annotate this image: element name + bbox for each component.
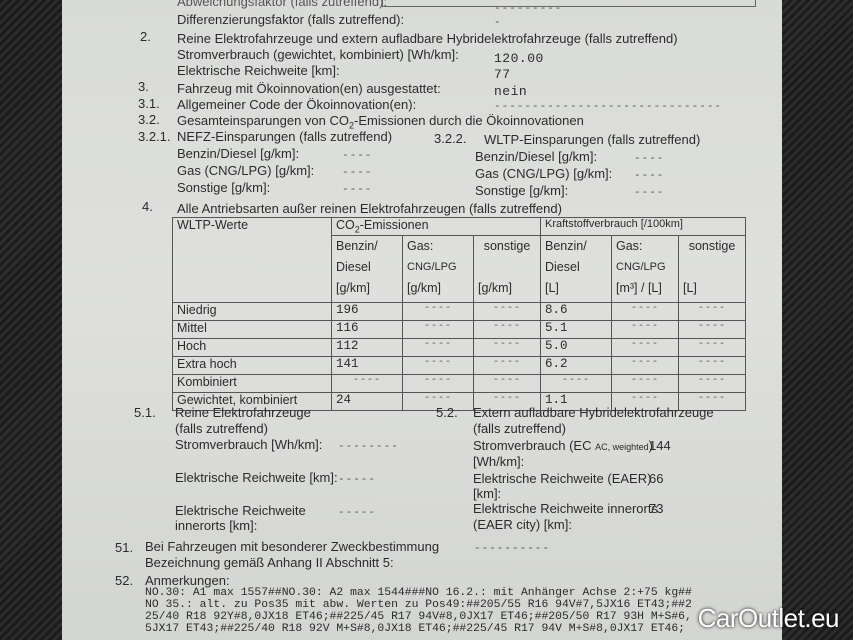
table-row: Mittel116--------5.1-------- [173,321,746,339]
sec52-strom-value: 144 [649,438,671,453]
sec51b-label: Bei Fahrzeugen mit besonderer Zweckbesti… [145,539,439,554]
sec2-number: 2. [140,29,151,44]
table-cell: ---- [612,357,679,375]
sub-header-cell: sonstige [L] [679,236,746,303]
table-cell: 116 [332,321,403,339]
wltp-corner-header: WLTP-Werte [173,218,332,303]
table-cell: ---- [403,375,474,393]
sec51b-value: ---------- [474,542,550,557]
sec51-strom-label: Stromverbrauch [Wh/km]: [175,437,322,452]
row-label: Niedrig [173,303,332,321]
table-cell: ---- [403,321,474,339]
row-label: Extra hoch [173,357,332,375]
sec51-strom-value: -------- [338,440,399,455]
sub-header-line: [L] [545,278,607,299]
sec52-strom-label: Stromverbrauch (EC AC, weighted) [473,438,653,455]
sec51-number: 5.1. [134,405,156,420]
sub-header-line: [g/km] [336,278,398,299]
sec51-city-label: Elektrische Reichweite [175,503,306,518]
remarks-line-4: 5JX17 ET43;##225/40 R18 92V M+S#8,0JX18 … [145,622,685,637]
wltp-sonstige-value: ---- [634,186,664,201]
sec52-city-value: 73 [649,501,663,516]
co2-group-header: CO2-Emissionen [332,218,541,236]
table-cell: ---- [679,357,746,375]
sub-header-line: sonstige [478,236,536,257]
sec51-city-label2: innerorts [km]: [175,518,257,533]
sub-header-line: Gas: [616,236,674,257]
sub-header-cell: Gas:CNG/LPG[m³] / [L] [612,236,679,303]
sub-header-line: sonstige [683,236,741,257]
sec51-city-value: ----- [338,506,376,521]
sub-header-cell: Gas:CNG/LPG[g/km] [403,236,474,303]
sec52-eaer-label2: [km]: [473,486,501,501]
sec51b-label2: Bezeichnung gemäß Anhang II Abschnitt 5: [145,555,394,570]
table-row: Extra hoch141--------6.2-------- [173,357,746,375]
sub-header-line: [m³] / [L] [616,278,674,299]
sec322-title: WLTP-Einsparungen (falls zutreffend) [484,132,700,147]
sub-header-line: Diesel [336,257,398,278]
sec321-number: 3.2.1. [138,129,171,144]
table-cell: ---- [474,375,541,393]
differenzierungsfaktor-label: Differenzierungsfaktor (falls zutreffend… [177,12,404,27]
table-cell: 112 [332,339,403,357]
row-label: Kombiniert [173,375,332,393]
sub-header-line: [L] [683,278,741,299]
wltp-gas-label: Gas (CNG/LPG) [g/km]: [475,166,612,181]
sub-header-line: [g/km] [478,278,536,299]
sec31-label: Allgemeiner Code der Ökoinnovation(en): [177,97,416,112]
table-cell: 5.0 [541,339,612,357]
sec32-number: 3.2. [138,112,160,127]
sec52-city-label: Elektrische Reichweite innerorts [473,501,658,516]
nefz-benzin-label: Benzin/Diesel [g/km]: [177,146,299,161]
sec51-subtitle: (falls zutreffend) [175,421,268,436]
nefz-benzin-value: ---- [342,149,372,164]
sec2-strom-value: 120.00 [494,51,544,66]
table-cell: ---- [474,303,541,321]
differenzierungsfaktor-value: - [494,16,502,31]
table-cell: ---- [612,339,679,357]
document-page: Abweichungsfaktor (falls zutreffend): --… [62,0,782,640]
table-cell: ---- [541,375,612,393]
nefz-gas-value: ---- [342,166,372,181]
sec52-strom-label2: [Wh/km]: [473,454,524,469]
table-cell: ---- [474,321,541,339]
sec2-title: Reine Elektrofahrzeuge und extern auflad… [177,31,678,46]
sec52-subtitle: (falls zutreffend) [473,421,566,436]
sec2-reichweite-label: Elektrische Reichweite [km]: [177,63,340,78]
sub-header-line: Gas: [407,236,469,257]
wltp-benzin-value: ---- [634,152,664,167]
table-row: Hoch112--------5.0-------- [173,339,746,357]
table-cell: ---- [679,375,746,393]
table-cell: ---- [403,357,474,375]
wltp-benzin-label: Benzin/Diesel [g/km]: [475,149,597,164]
sub-header-cell: Benzin/Diesel[g/km] [332,236,403,303]
row-label: Mittel [173,321,332,339]
nefz-sonstige-label: Sonstige [g/km]: [177,180,270,195]
sub-header-line: Diesel [545,257,607,278]
sec3-label: Fahrzeug mit Ökoinnovation(en) ausgestat… [177,81,441,96]
table-cell: 8.6 [541,303,612,321]
sec51-reich-label: Elektrische Reichweite [km]: [175,470,338,485]
sub-header-line: Benzin/ [336,236,398,257]
table-cell: 24 [332,393,403,411]
nefz-sonstige-value: ---- [342,183,372,198]
wltp-sonstige-label: Sonstige [g/km]: [475,183,568,198]
sub-header-line [478,257,536,278]
row-label: Hoch [173,339,332,357]
table-cell: ---- [612,375,679,393]
wltp-table: WLTP-Werte CO2-Emissionen Kraftstoffverb… [172,217,746,411]
table-cell: ---- [679,321,746,339]
sec3-value: nein [494,84,527,99]
sec31-number: 3.1. [138,96,160,111]
sec52-number: 5.2. [436,405,458,420]
sec322-number: 3.2.2. [434,131,467,146]
sec51-reich-value: ----- [338,473,376,488]
sec2-reichweite-value: 77 [494,67,511,82]
sec51b-number: 51. [115,540,133,555]
sec52b-number: 52. [115,573,133,588]
table-cell: 196 [332,303,403,321]
sub-header-line [683,257,741,278]
sec2-strom-label: Stromverbrauch (gewichtet, kombiniert) [… [177,47,459,62]
wltp-gas-value: ---- [634,169,664,184]
sec321-title: NEFZ-Einsparungen (falls zutreffend) [177,129,392,144]
table-cell: ---- [403,339,474,357]
sec52-eaer-label: Elektrische Reichweite (EAER) [473,471,651,486]
table-cell: ---- [612,321,679,339]
abweichungsfaktor-value: --------- [494,2,562,17]
table-cell: ---- [332,375,403,393]
table-body: Niedrig196--------8.6--------Mittel116--… [173,303,746,411]
table-cell: 141 [332,357,403,375]
nefz-gas-label: Gas (CNG/LPG) [g/km]: [177,163,314,178]
table-cell: ---- [474,339,541,357]
sec3-number: 3. [138,79,149,94]
table-cell: ---- [679,339,746,357]
table-row: Kombiniert------------------------ [173,375,746,393]
sub-header-line: CNG/LPG [407,257,469,278]
sec4-title: Alle Antriebsarten außer reinen Elektrof… [177,201,562,216]
sub-header-line: CNG/LPG [616,257,674,278]
sub-header-line: Benzin/ [545,236,607,257]
table-cell: ---- [403,303,474,321]
sec4-number: 4. [142,199,153,214]
sec52-city-label2: (EAER city) [km]: [473,517,572,532]
sec52-title: Extern aufladbare Hybridelektrofahrzeuge [473,405,714,420]
abweichungsfaktor-label: Abweichungsfaktor (falls zutreffend): [177,0,387,9]
sub-header-line: [g/km] [407,278,469,299]
table-row: Niedrig196--------8.6-------- [173,303,746,321]
sub-header-cell: Benzin/Diesel[L] [541,236,612,303]
table-cell: 5.1 [541,321,612,339]
table-cell: ---- [474,357,541,375]
sec51-title: Reine Elektrofahrzeuge [175,405,311,420]
fuel-group-header: Kraftstoffverbrauch [/100km] [541,218,746,236]
table-cell: ---- [679,303,746,321]
sec52-eaer-value: 66 [649,471,663,486]
table-cell: 6.2 [541,357,612,375]
sub-header-cell: sonstige [g/km] [474,236,541,303]
carOutlet-watermark: CarOutlet.eu [698,603,839,634]
table-cell: ---- [612,303,679,321]
table-fragment-top [382,0,756,7]
